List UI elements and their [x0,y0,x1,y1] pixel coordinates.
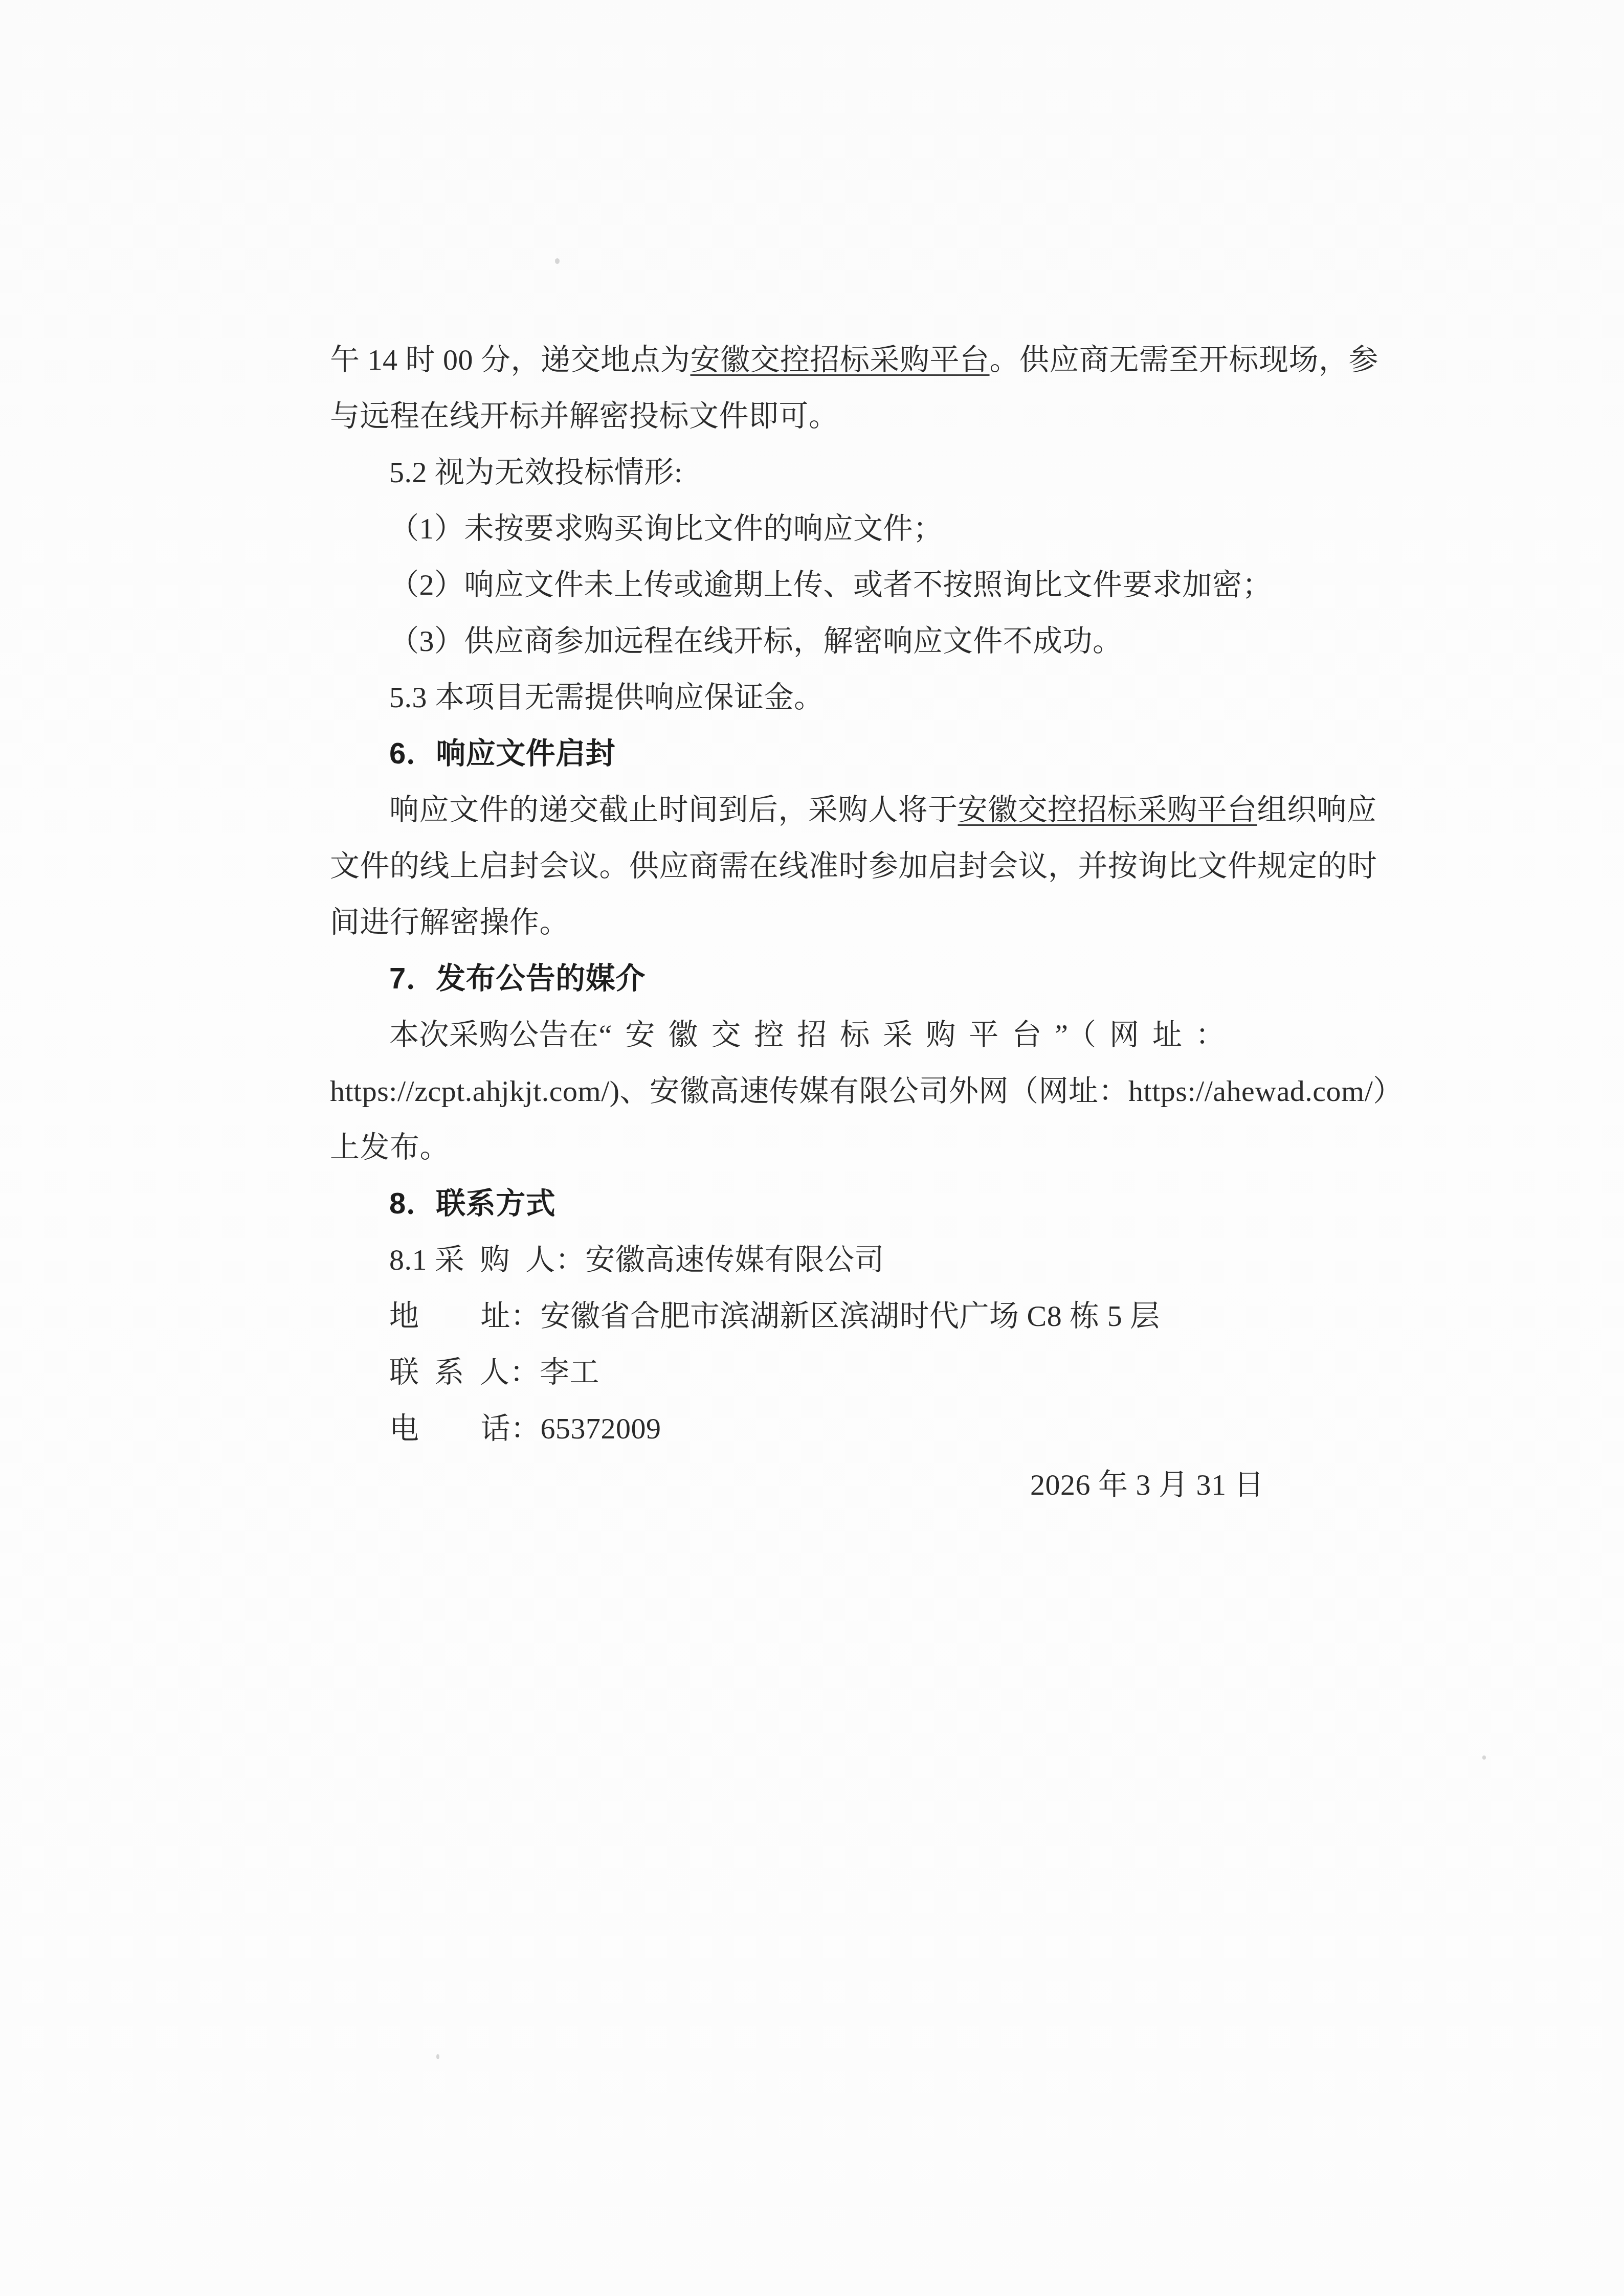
clause-5-2-item-2: （2）响应文件未上传或逾期上传、或者不按照询比文件要求加密； [330,557,1310,613]
para-5-continuation-line-2: 与远程在线开标并解密投标文件即可。 [330,388,1310,444]
scanned-document-page: 午 14 时 00 分，递交地点为安徽交控招标采购平台。供应商无需至开标现场，参… [0,0,1624,2296]
underlined-platform-name: 安徽交控招标采购平台 [958,793,1257,826]
text-segment: 5.3 本项目无需提供响应保证金。 [389,681,824,714]
text-segment: https://zcpt.ahjkjt.com/)、安徽高速传媒有限公司外网（网… [330,1074,1403,1108]
text-segment: 。供应商无需至开标现场，参 [990,343,1379,376]
underlined-platform-name: 安徽交控招标采购平台 [691,343,990,376]
text-segment: 6．响应文件启封 [389,737,615,770]
scan-artifact-speck [1482,1755,1486,1760]
scan-artifact-speck [555,258,560,264]
contact-phone: 电 话：65372009 [330,1401,1310,1457]
para-7-line-2: https://zcpt.ahjkjt.com/)、安徽高速传媒有限公司外网（网… [330,1063,1310,1119]
text-segment: （1）未按要求购买询比文件的响应文件； [389,512,943,545]
text-segment: 电 话：65372009 [389,1412,661,1445]
clause-5-2-item-3: （3）供应商参加远程在线开标，解密响应文件不成功。 [330,613,1310,669]
document-body: 午 14 时 00 分，递交地点为安徽交控招标采购平台。供应商无需至开标现场，参… [330,332,1310,1513]
heading-8: 8．联系方式 [330,1176,1310,1232]
text-segment: 地 址：安徽省合肥市滨湖新区滨湖时代广场 C8 栋 5 层 [389,1299,1160,1333]
heading-6: 6．响应文件启封 [330,726,1310,782]
text-segment: 间进行解密操作。 [330,906,569,939]
clause-5-2: 5.2 视为无效投标情形: [330,444,1310,501]
text-segment: （2）响应文件未上传或逾期上传、或者不按照询比文件要求加密； [389,568,1272,601]
text-segment: （3）供应商参加远程在线开标，解密响应文件不成功。 [389,624,1123,658]
text-segment: 8.1 采 购 人：安徽高速传媒有限公司 [389,1243,884,1276]
clause-5-3: 5.3 本项目无需提供响应保证金。 [330,669,1310,726]
text-segment: 上发布。 [330,1131,450,1164]
heading-7: 7．发布公告的媒介 [330,951,1310,1007]
text-segment: 本次采购公告在 [389,1018,599,1051]
text-segment: 2026 年 3 月 31 日 [1030,1468,1264,1501]
text-segment: 午 14 时 00 分，递交地点为 [330,343,691,376]
text-segment: 响应文件的递交截止时间到后，采购人将于 [389,793,958,826]
para-6-line-1: 响应文件的递交截止时间到后，采购人将于安徽交控招标采购平台组织响应 [330,782,1310,838]
text-segment: 组织响应 [1257,793,1377,826]
para-5-continuation-line-1: 午 14 时 00 分，递交地点为安徽交控招标采购平台。供应商无需至开标现场，参 [330,332,1310,388]
contact-person: 联 系 人：李工 [330,1344,1310,1401]
text-segment: 7．发布公告的媒介 [389,962,646,995]
text-segment: 文件的线上启封会议。供应商需在线准时参加启封会议，并按询比文件规定的时 [330,849,1377,883]
text-segment: 8．联系方式 [389,1187,555,1220]
para-7-line-3: 上发布。 [330,1119,1310,1176]
text-segment: 联 系 人：李工 [389,1356,599,1389]
text-segment: 5.2 视为无效投标情形: [389,456,683,489]
contact-address: 地 址：安徽省合肥市滨湖新区滨湖时代广场 C8 栋 5 层 [330,1288,1310,1344]
clause-5-2-item-1: （1）未按要求购买询比文件的响应文件； [330,501,1310,557]
date-line: 2026 年 3 月 31 日 [330,1457,1310,1513]
scan-artifact-speck [436,2054,439,2059]
para-6-line-2: 文件的线上启封会议。供应商需在线准时参加启封会议，并按询比文件规定的时 [330,838,1310,894]
text-segment: 与远程在线开标并解密投标文件即可。 [330,399,839,433]
text-segment: “安徽交控招标采购平台”（网址： [599,1018,1239,1051]
para-6-line-3: 间进行解密操作。 [330,894,1310,951]
contact-purchaser: 8.1 采 购 人：安徽高速传媒有限公司 [330,1232,1310,1288]
para-7-line-1: 本次采购公告在“安徽交控招标采购平台”（网址： [330,1007,1310,1063]
